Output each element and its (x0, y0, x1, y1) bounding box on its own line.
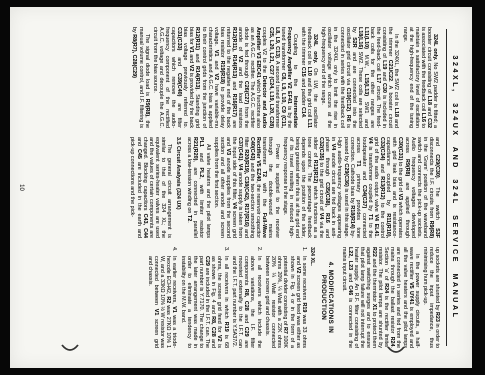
paragraph: 324L only. On LW, the oscillator feedbac… (300, 27, 318, 128)
list-number: 2. (231, 247, 261, 256)
paragraph: up sockets are shunted by R23 in order t… (422, 247, 440, 348)
paragraph: The signal diode load is R9(R8), the man… (131, 27, 149, 128)
rotated-page-content: 324XL, 324UX AND 324L SERVICE MANUAL 324… (10, 7, 472, 368)
page-number: 10 (18, 27, 24, 348)
list-number: 4. (147, 247, 177, 256)
list-number: 3. (180, 247, 229, 256)
paragraph: The general circuit arrangement is simil… (129, 137, 172, 238)
paragraph: and C29(C30). The switch S3F disconnects… (282, 137, 440, 238)
paragraph: Power is supplied to the receiver throug… (213, 137, 280, 238)
paragraph: In the power supply circuits, a half-wav… (341, 247, 420, 348)
section-heading: 4. MODIFICATIONS IN PRODUCTION (319, 249, 334, 346)
list-item: 4.In earlier receivers, V1 was a triode-… (147, 247, 177, 348)
paragraph: In the 324XL, the SW2 coil is L18 and th… (320, 27, 399, 128)
text-columns: 324L only. No SW2 padder is fitted; a bo… (27, 27, 440, 348)
title-rule (446, 29, 447, 346)
paragraph: 324L only. No SW2 padder is fitted; a bo… (401, 27, 438, 128)
list-text: In some receivers R19 was 33 ohms and V2… (264, 256, 307, 348)
curved-scan-mark-icon (60, 341, 80, 357)
list-text: In all receivers which include the above… (231, 256, 261, 348)
paragraph: All valve heaters and the pilot lamps PL… (186, 137, 210, 238)
list-number: 1. (264, 247, 307, 256)
list-item: 2.In all receivers which include the abo… (231, 247, 261, 348)
column-2: and C29(C30). The switch S3F disconnects… (27, 137, 440, 238)
scan-background: 324XL, 324UX AND 324L SERVICE MANUAL 324… (0, 0, 485, 375)
page-title: 324XL, 324UX AND 324L SERVICE MANUAL (451, 27, 458, 348)
document-page: 324XL, 324UX AND 324L SERVICE MANUAL 324… (10, 7, 472, 368)
section-heading: 324 XL. (309, 247, 315, 348)
list-item: 3.In all receivers in which R19 is 68 oh… (180, 247, 229, 348)
column-3: up sockets are shunted by R23 in order t… (27, 247, 440, 348)
paragraph: Coupling to the Intermediate Frequency A… (152, 27, 298, 128)
column-1: 324L only. No SW2 padder is fitted; a bo… (27, 27, 440, 128)
list-text: In earlier receivers, V1 was a triode-he… (147, 256, 177, 348)
list-text: In all receivers in which R19 is 68 ohms… (180, 256, 229, 348)
section-heading: 3.5 Circuit Analysis (324 UX) (175, 137, 181, 238)
curved-scan-mark-icon (386, 343, 406, 359)
list-item: 1.In some receivers R19 was 33 ohms and … (264, 247, 307, 348)
